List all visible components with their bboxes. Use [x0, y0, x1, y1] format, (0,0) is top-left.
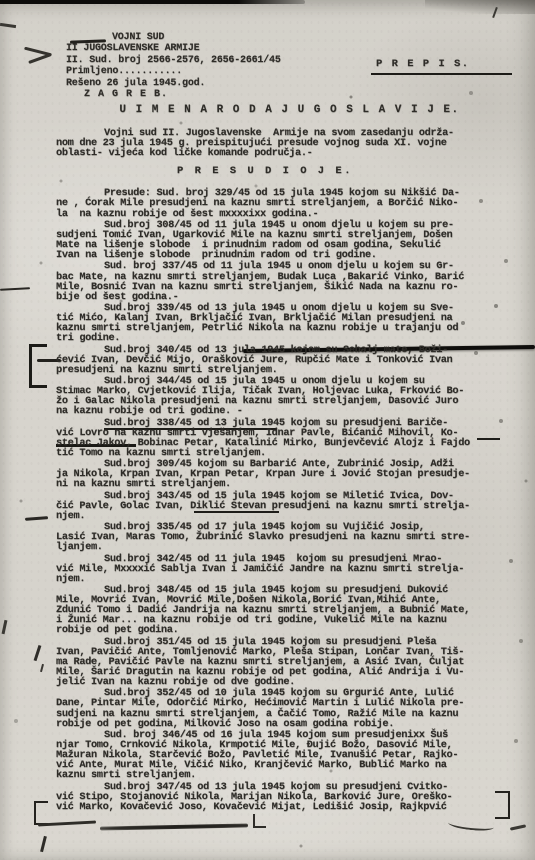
- verdict-paragraph: Sud.broj 348/45 od 15 jula 1945 kojom su…: [56, 585, 522, 635]
- document-body: Vojni sud II. Jugoslavenske Armije na sv…: [56, 128, 522, 813]
- army-name: II JUGOSLAVENSKE ARMIJE: [66, 43, 281, 54]
- scan-corner-smudge: [425, 0, 535, 14]
- prepis-underline: [371, 73, 512, 75]
- court-name: VOJNI SUD: [112, 32, 281, 43]
- margin-bracket-left: [34, 801, 48, 825]
- verdict-paragraph: Sud.broj 352/45 od 10 jula 1945 kojom su…: [56, 688, 522, 728]
- margin-tick: [40, 664, 44, 672]
- verdict-paragraph: Sud.broj 309/45 kojom su Barbarić Ante, …: [56, 459, 522, 489]
- verdict-paragraphs: Presude: Sud. broj 329/45 od 15 jula 194…: [56, 188, 522, 811]
- verdict-paragraph: Sud.broj 308/45 od 11 jula 1945 u onom d…: [56, 220, 522, 260]
- verdict-paragraph: Sud.broj 340/45 od 13 jula 1945 kojom su…: [56, 345, 522, 375]
- bottom-squiggle: [100, 823, 248, 830]
- document-title: U I M E N A R O D A J U G O S L A V I J …: [0, 104, 535, 116]
- pencil-scribble: [24, 47, 52, 57]
- margin-bracket-left: [29, 344, 47, 388]
- intro-paragraph: Vojni sud II. Jugoslavenske Armije na sv…: [56, 128, 522, 158]
- verdict-heading: P R E S U D I O J E.: [56, 166, 522, 176]
- margin-mark-top-right: [492, 7, 498, 18]
- copy-label: P R E P I S.: [376, 58, 470, 70]
- bottom-slash: [40, 836, 46, 852]
- case-numbers: II. Sud. broj 2566-2576, 2656-2661/45: [66, 55, 281, 66]
- verdict-paragraph: Sud.broj 335/45 od 17 jula 1945 kojom su…: [56, 522, 522, 552]
- margin-slash: [34, 645, 41, 661]
- verdict-paragraph: Sud.broj 347/45 od 13 jula 1945 kojom su…: [56, 782, 522, 812]
- verdict-paragraph: Sud. broj 337/45 od 11 jula 1945 u onom …: [56, 261, 522, 301]
- verdict-paragraph: Sud.broj 339/45 od 13 jula 1945 u onom d…: [56, 303, 522, 343]
- resolved-date-line: Rešeno 26 jula 1945.god.: [66, 78, 281, 89]
- document-header: VOJNI SUD II JUGOSLAVENSKE ARMIJE II. Su…: [66, 32, 281, 100]
- bottom-squiggle: [38, 820, 96, 826]
- paper-specks: [0, 0, 2, 2]
- margin-dash: [25, 516, 48, 520]
- bottom-squiggle: [448, 818, 495, 833]
- scan-top-edge-bar: [0, 0, 305, 4]
- left-edge-mark: [0, 23, 16, 28]
- verdict-paragraph: Sud.broj 344/45 od 15 jula 1945 u onom d…: [56, 376, 522, 416]
- verdict-paragraph: Sud.broj 351/45 od 15 jula 1945 kojom su…: [56, 637, 522, 687]
- margin-slash: [2, 620, 7, 634]
- verdict-paragraph: Sud.broj 343/45 od 15 jula 1945 kojom se…: [56, 491, 522, 521]
- document-page: VOJNI SUD II JUGOSLAVENSKE ARMIJE II. Su…: [0, 0, 535, 860]
- city-name: Z A G R E B.: [84, 89, 281, 100]
- verdict-paragraph: Sud.broj 338/45 od 13 jula 1945 kojom su…: [56, 418, 522, 458]
- verdict-paragraph: Presude: Sud. broj 329/45 od 15 jula 194…: [56, 188, 522, 218]
- verdict-paragraph: Sud. broj 346/45 od 16 jula 1945 kojom s…: [56, 730, 522, 780]
- verdict-paragraph: Sud.broj 342/45 od 11 jula 1945 kojom su…: [56, 554, 522, 584]
- received-line: Primljeno...........: [66, 66, 281, 77]
- pencil-scribble: [28, 53, 52, 64]
- bottom-l-mark: [253, 814, 266, 828]
- margin-dash: [0, 287, 30, 291]
- bottom-tick: [510, 824, 526, 830]
